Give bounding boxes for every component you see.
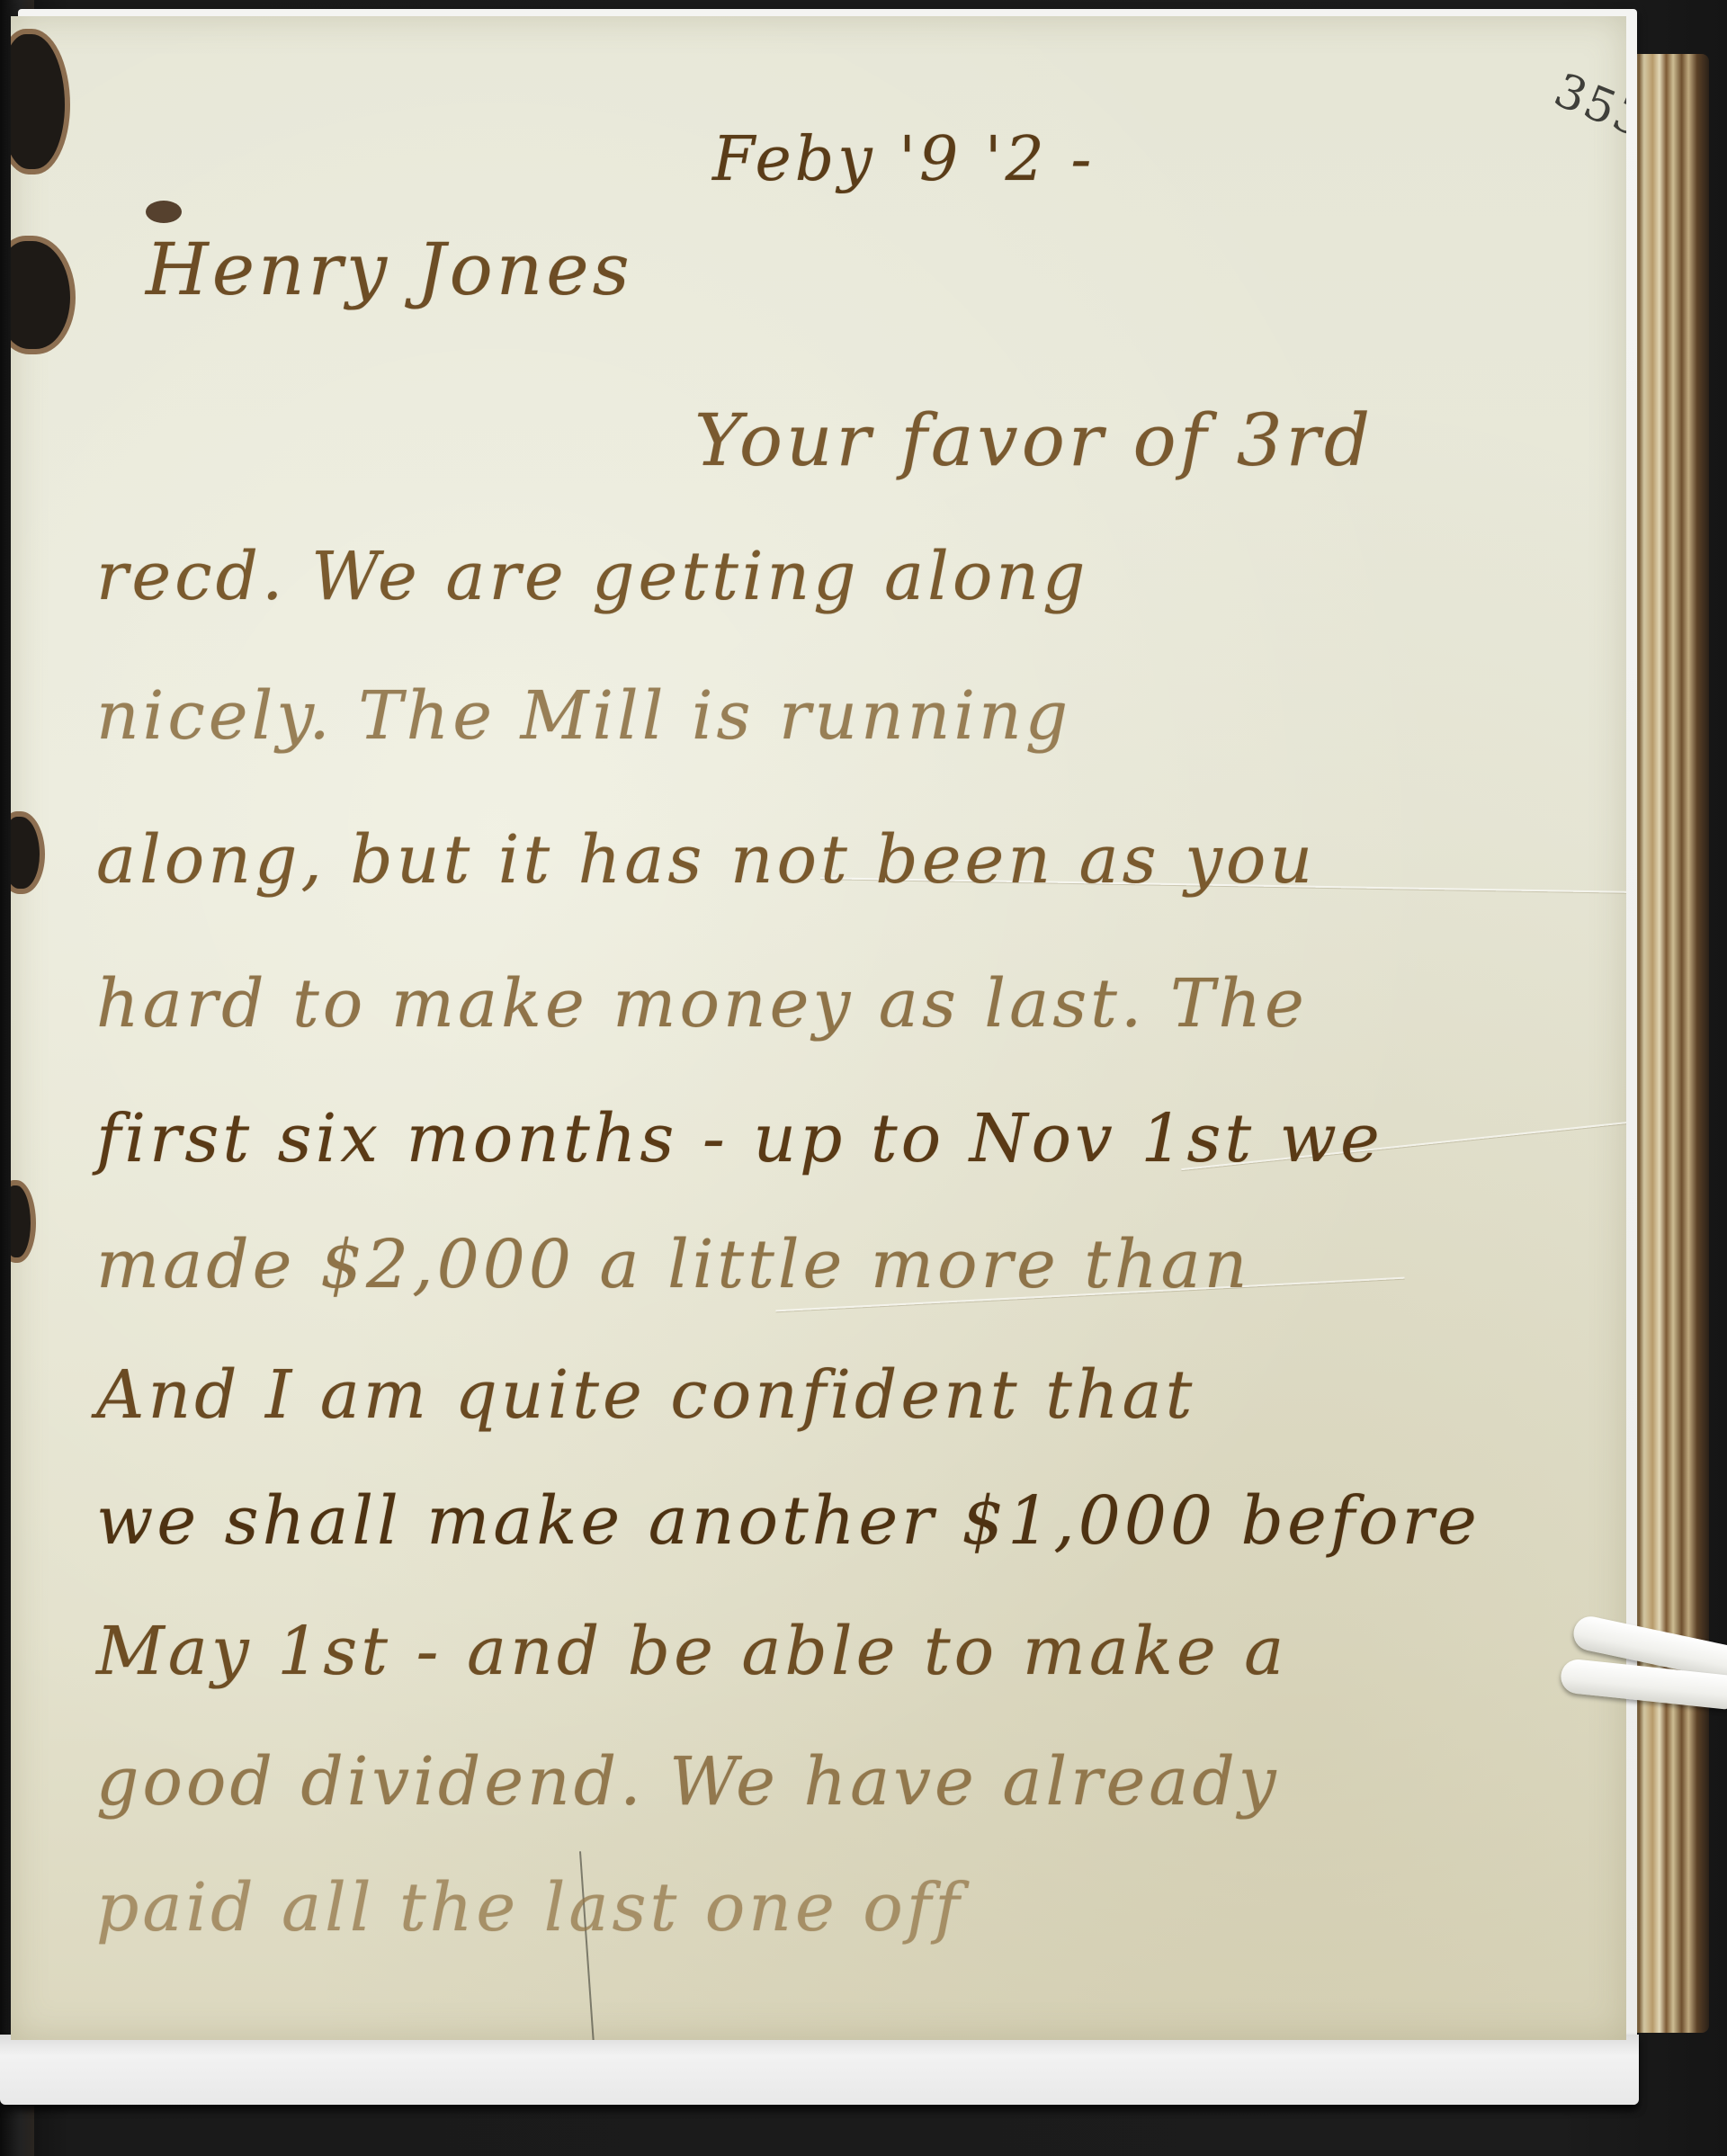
letter-line: good dividend. We have already (96, 1743, 1280, 1821)
scan-background: 353 Feby '9 '2 - Henry Jones Your favor … (0, 0, 1727, 2156)
letter-line: paid all the last one off (96, 1869, 963, 1946)
letter-line: we shall make another $1,000 before (96, 1482, 1481, 1560)
paper-damage (11, 34, 65, 169)
paper-damage (11, 817, 40, 889)
paper-damage (11, 241, 70, 349)
letter-page: 353 Feby '9 '2 - Henry Jones Your favor … (11, 16, 1626, 2040)
letter-line: May 1st - and be able to make a (96, 1613, 1287, 1690)
letter-line: nicely. The Mill is running (96, 677, 1071, 755)
page-number: 353 (1547, 63, 1626, 148)
paper-damage (11, 1185, 31, 1257)
letter-line: And I am quite confident that (96, 1356, 1195, 1434)
protective-tissue-bottom-edge (0, 2035, 1639, 2105)
letter-line: made $2,000 a little more than (96, 1226, 1250, 1303)
letter-line: first six months - up to Nov 1st we (96, 1100, 1383, 1177)
letter-line: recd. We are getting along (96, 538, 1088, 615)
letter-line: hard to make money as last. The (96, 965, 1308, 1042)
ink-stain (146, 201, 182, 223)
letter-line: along, but it has not been as you (96, 821, 1316, 899)
letter-date: Feby '9 '2 - (712, 124, 1095, 195)
letter-opening: Your favor of 3rd (694, 398, 1374, 482)
letter-salutation: Henry Jones (146, 228, 633, 311)
